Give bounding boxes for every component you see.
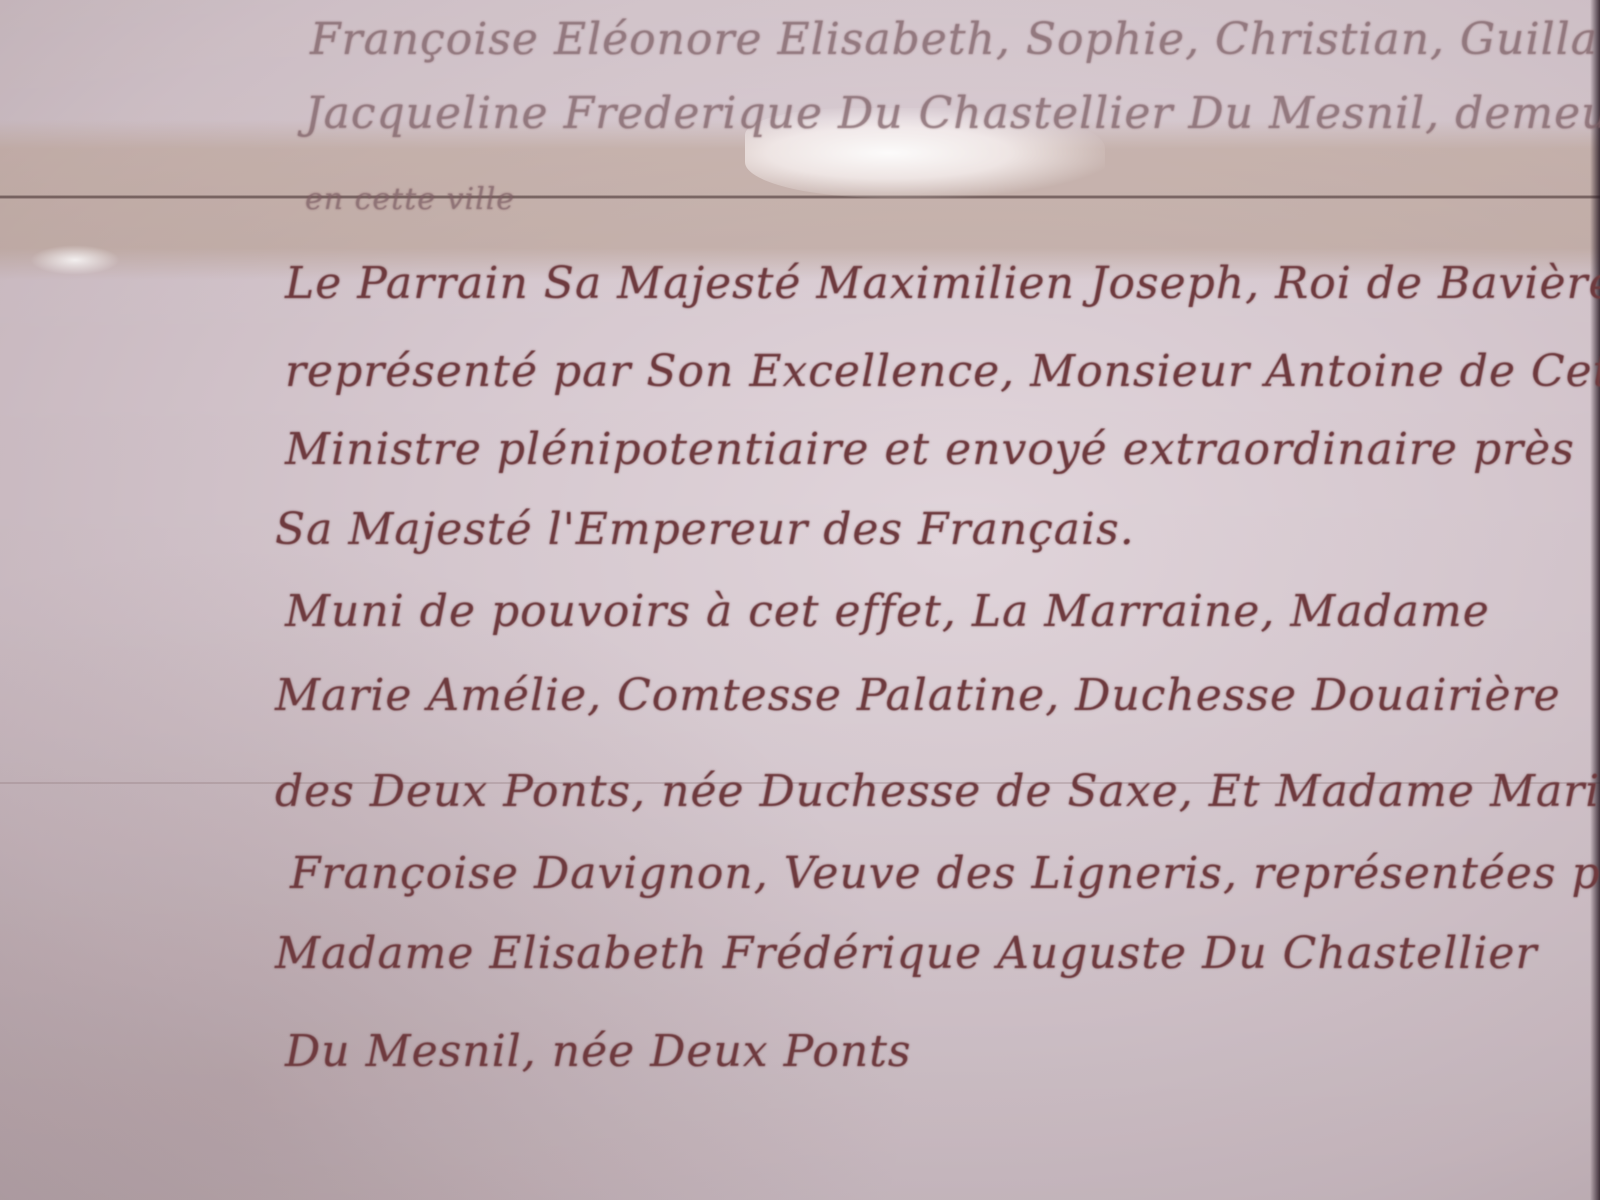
- handwritten-line-6: Ministre plénipotentiaire et envoyé extr…: [285, 428, 1575, 472]
- handwritten-line-4: Le Parrain Sa Majesté Maximilien Joseph,…: [285, 262, 1600, 306]
- tape-glare-small: [30, 245, 120, 275]
- handwritten-line-7: Sa Majesté l'Empereur des Français.: [275, 508, 1135, 552]
- handwritten-line-13: Du Mesnil, née Deux Ponts: [285, 1030, 912, 1074]
- handwritten-line-10: des Deux Ponts, née Duchesse de Saxe, Et…: [275, 770, 1600, 814]
- handwritten-line-3: en cette ville: [305, 185, 515, 215]
- handwritten-line-9: Marie Amélie, Comtesse Palatine, Duchess…: [275, 674, 1561, 718]
- handwritten-line-8: Muni de pouvoirs à cet effet, La Marrain…: [285, 590, 1490, 634]
- handwritten-line-2: Jacqueline Frederique Du Chastellier Du …: [305, 92, 1600, 136]
- handwritten-line-12: Madame Elisabeth Frédérique Auguste Du C…: [275, 932, 1538, 976]
- handwritten-line-1: Françoise Eléonore Elisabeth, Sophie, Ch…: [310, 18, 1600, 62]
- document-photo: Françoise Eléonore Elisabeth, Sophie, Ch…: [0, 0, 1600, 1200]
- handwritten-line-5: représenté par Son Excellence, Monsieur …: [285, 350, 1600, 394]
- handwritten-line-11: Françoise Davignon, Veuve des Ligneris, …: [290, 852, 1600, 896]
- paper-fold-line: [0, 195, 1600, 199]
- paper-right-edge: [1590, 0, 1600, 1200]
